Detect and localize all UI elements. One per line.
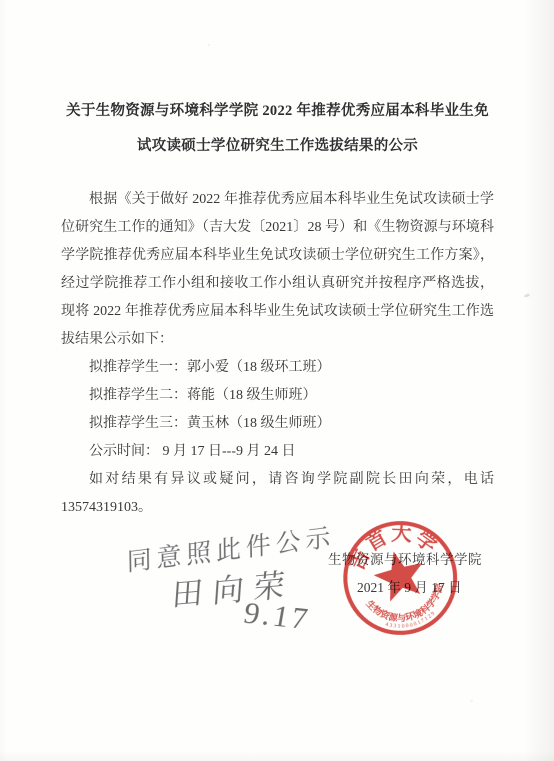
scan-speck [470,700,473,702]
candidate-item: 拟推荐学生二：蒋能（18 级生师班） [61,382,494,410]
candidate-item: 拟推荐学生一：郭小爱（18 级环工班） [61,354,494,382]
official-seal-stamp: 吉首大学 生物资源与环境科学学院 4331000017129 [326,503,474,651]
candidate-list: 拟推荐学生一：郭小爱（18 级环工班） 拟推荐学生二：蒋能（18 级生师班） 拟… [61,354,494,438]
publicity-period: 公示时间： 9 月 17 日---9 月 24 日 [61,438,494,466]
scanned-page: 关于生物资源与环境科学学院 2022 年推荐优秀应届本科毕业生免试攻读硕士学位研… [0,0,554,761]
candidate-item: 拟推荐学生三：黄玉林（18 级生师班） [61,410,494,438]
document-title: 关于生物资源与环境科学学院 2022 年推荐优秀应届本科毕业生免试攻读硕士学位研… [65,94,490,164]
star-icon [369,545,429,604]
document-content: 关于生物资源与环境科学学院 2022 年推荐优秀应届本科毕业生免试攻读硕士学位研… [61,94,494,522]
scan-speck [524,293,531,298]
opening-paragraph: 根据《关于做好 2022 年推荐优秀应届本科毕业生免试攻读硕士学位研究生工作的通… [61,186,494,354]
handwriting-date: 9.17 [241,595,313,637]
scan-speck [208,44,210,46]
